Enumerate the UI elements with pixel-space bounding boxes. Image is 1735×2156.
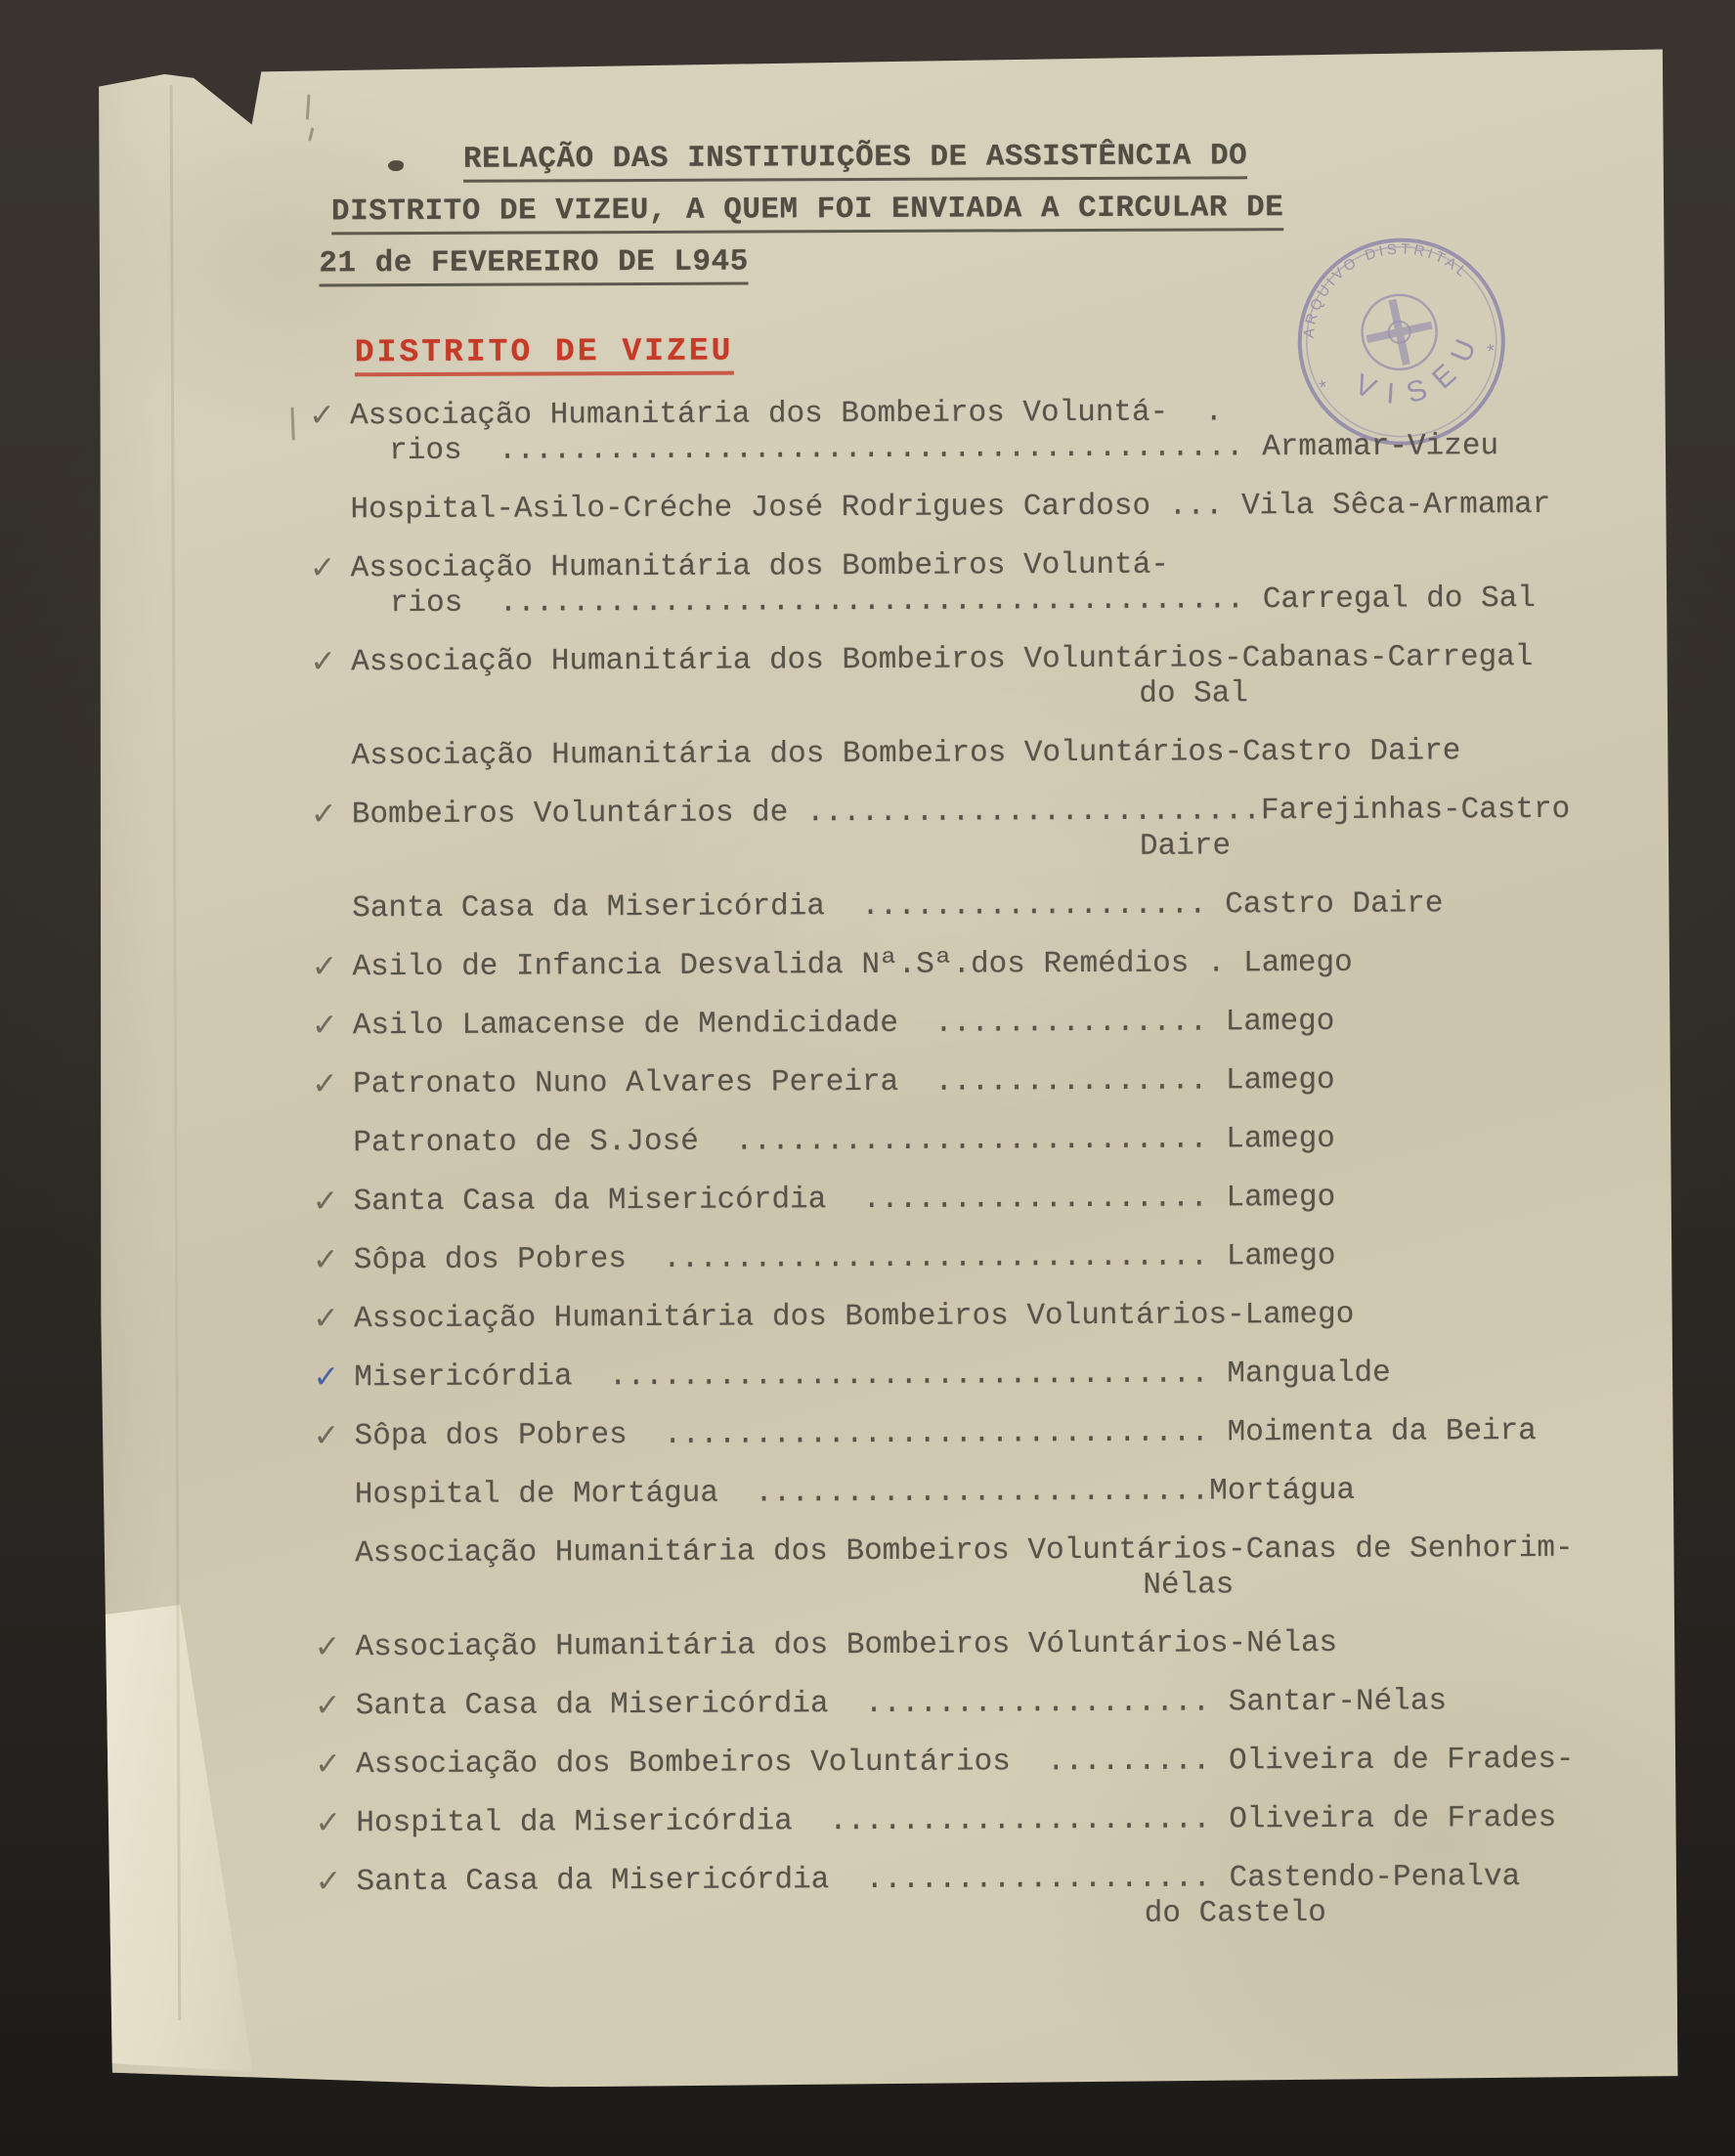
entry-line: do Castelo xyxy=(357,1894,1670,1935)
pencil-mark xyxy=(290,408,294,441)
list-entry: ✓ Sôpa dos Pobres ......................… xyxy=(311,1237,1668,1278)
list-entry: ✓ Associação Humanitária dos Bombeiros V… xyxy=(307,393,1664,469)
checkmark-icon: ✓ xyxy=(311,796,348,831)
list-entry: ✓ Associação Humanitária dos Bombeiros V… xyxy=(308,639,1665,715)
stamp-star-right: * xyxy=(1484,341,1500,366)
list-entry: Hospital de Mortágua ...................… xyxy=(312,1472,1669,1513)
entry-line: Santa Casa da Misericórdia .............… xyxy=(352,885,1666,927)
list-entry: ✓ Associação dos Bombeiros Voluntários .… xyxy=(313,1742,1670,1783)
checkmark-icon: ✓ xyxy=(310,643,347,678)
entry-line: Associação Humanitária dos Bombeiros Vol… xyxy=(355,1531,1669,1572)
stamp-cross-icon xyxy=(1360,292,1439,371)
checkmark-icon: ✓ xyxy=(316,1863,353,1898)
entry-line: Hospital-Asilo-Créche José Rodrigues Car… xyxy=(350,487,1664,528)
checkmark-icon: ✓ xyxy=(314,1628,351,1663)
paper-crease xyxy=(170,85,182,2020)
checkmark-icon: ✓ xyxy=(315,1746,352,1781)
list-entry: ✓ Associação Humanitária dos Bombeiros V… xyxy=(313,1624,1670,1665)
list-entry: ✓ Santa Casa da Misericórdia ...........… xyxy=(314,1859,1670,1935)
entry-line: Santa Casa da Misericórdia .............… xyxy=(356,1683,1670,1724)
list-entry: ✓ Bombeiros Voluntários de .............… xyxy=(309,792,1666,868)
entry-line: Associação Humanitária dos Bombeiros Vol… xyxy=(351,639,1665,680)
entry-line: Santa Casa da Misericórdia .............… xyxy=(354,1179,1668,1220)
entry-line: rios ...................................… xyxy=(351,581,1665,622)
entry-line: Sôpa dos Pobres ........................… xyxy=(354,1237,1668,1278)
title-line-2: DISTRITO DE VIZEU, A QUEM FOI ENVIADA A … xyxy=(331,191,1283,235)
list-entry: Patronato de S.José ....................… xyxy=(310,1120,1667,1161)
list-entry: ✓ Asilo Lamacense de Mendicidade .......… xyxy=(310,1003,1667,1044)
entry-line: Associação Humanitária dos Bombeiros Vól… xyxy=(356,1624,1670,1665)
list-entry: ✓ Santa Casa da Misericórdia ...........… xyxy=(313,1683,1670,1724)
checkmark-icon: ✓ xyxy=(312,1007,349,1042)
entry-line: Asilo Lamacense de Mendicidade .........… xyxy=(353,1003,1667,1044)
checkmark-icon: ✓ xyxy=(313,1358,350,1394)
entry-line: Santa Casa da Misericórdia .............… xyxy=(357,1859,1670,1900)
entry-line: Hospital de Mortágua ...................… xyxy=(355,1472,1669,1513)
checkmark-icon: ✓ xyxy=(315,1687,352,1722)
list-entry: Associação Humanitária dos Bombeiros Vol… xyxy=(312,1531,1669,1607)
entry-line: Patronato Nuno Alvares Pereira .........… xyxy=(353,1061,1667,1102)
checkmark-icon: ✓ xyxy=(311,948,348,983)
list-entry: ✓ Misericórdia .........................… xyxy=(311,1355,1668,1396)
entry-line: Asilo de Infancia Desvalida Nª.Sª.dos Re… xyxy=(352,944,1666,985)
entry-line: Associação Humanitária dos Bombeiros Vol… xyxy=(350,393,1664,434)
list-entry: ✓ Santa Casa da Misericórdia ...........… xyxy=(311,1179,1668,1220)
list-entry: ✓ Patronato Nuno Alvares Pereira .......… xyxy=(310,1061,1667,1102)
pencil-mark xyxy=(308,127,314,141)
list-entry: Hospital-Asilo-Créche José Rodrigues Car… xyxy=(307,487,1664,528)
district-heading: DISTRITO DE VIZEU xyxy=(355,333,734,377)
entry-line: Associação Humanitária dos Bombeiros Vol… xyxy=(351,545,1665,586)
list-entry: ✓ Hospital da Misericórdia .............… xyxy=(313,1800,1670,1841)
list-entry: ✓ Sôpa dos Pobres ......................… xyxy=(312,1413,1669,1454)
institutions-list: ✓ Associação Humanitária dos Bombeiros V… xyxy=(307,393,1670,1959)
entry-line: Associação Humanitária dos Bombeiros Vol… xyxy=(354,1296,1668,1337)
checkmark-icon: ✓ xyxy=(312,1065,349,1100)
entry-line: Associação Humanitária dos Bombeiros Vol… xyxy=(352,733,1666,774)
list-entry: Associação Humanitária dos Bombeiros Vol… xyxy=(309,733,1666,774)
scanned-document-page: RELAÇÃO DAS INSTITUIÇÕES DE ASSISTÊNCIA … xyxy=(60,49,1677,2089)
entry-line: Sôpa dos Pobres ........................… xyxy=(355,1413,1669,1454)
title-line-3: 21 de FEVEREIRO DE L945 xyxy=(319,245,749,287)
svg-text:ARQUIVO DISTRITAL: ARQUIVO DISTRITAL xyxy=(1284,225,1479,342)
checkmark-icon: ✓ xyxy=(313,1183,350,1218)
entry-line: Misericórdia ...........................… xyxy=(354,1355,1668,1396)
stamp-emblem-circle xyxy=(1355,288,1443,376)
checkmark-icon: ✓ xyxy=(313,1241,350,1276)
title-line-1: RELAÇÃO DAS INSTITUIÇÕES DE ASSISTÊNCIA … xyxy=(463,139,1247,183)
pencil-mark xyxy=(306,94,311,119)
checkmark-icon: ✓ xyxy=(310,549,347,584)
document-title: RELAÇÃO DAS INSTITUIÇÕES DE ASSISTÊNCIA … xyxy=(319,139,1297,298)
checkmark-icon: ✓ xyxy=(313,1300,350,1335)
stamp-arc-text: ARQUIVO DISTRITAL xyxy=(1284,225,1479,342)
checkmark-icon: ✓ xyxy=(315,1804,352,1839)
entry-line: Hospital da Misericórdia ...............… xyxy=(356,1800,1670,1841)
entry-line: Patronato de S.José ....................… xyxy=(353,1120,1667,1161)
entry-line: do Sal xyxy=(351,674,1665,715)
entry-line: Daire xyxy=(352,827,1666,868)
entry-line: Nélas xyxy=(355,1566,1669,1607)
checkmark-icon: ✓ xyxy=(309,397,346,432)
folded-corner xyxy=(104,1605,252,2073)
list-entry: ✓ Associação Humanitária dos Bombeiros V… xyxy=(311,1296,1668,1337)
list-entry: ✓ Associação Humanitária dos Bombeiros V… xyxy=(308,545,1665,622)
entry-line: rios ...................................… xyxy=(350,428,1664,469)
checkmark-icon: ✓ xyxy=(314,1417,351,1452)
entry-line: Associação dos Bombeiros Voluntários ...… xyxy=(356,1742,1670,1783)
list-entry: Santa Casa da Misericórdia .............… xyxy=(309,885,1666,927)
list-entry: ✓ Asilo de Infancia Desvalida Nª.Sª.dos … xyxy=(309,944,1666,985)
entry-line: Bombeiros Voluntários de ...............… xyxy=(352,792,1666,833)
